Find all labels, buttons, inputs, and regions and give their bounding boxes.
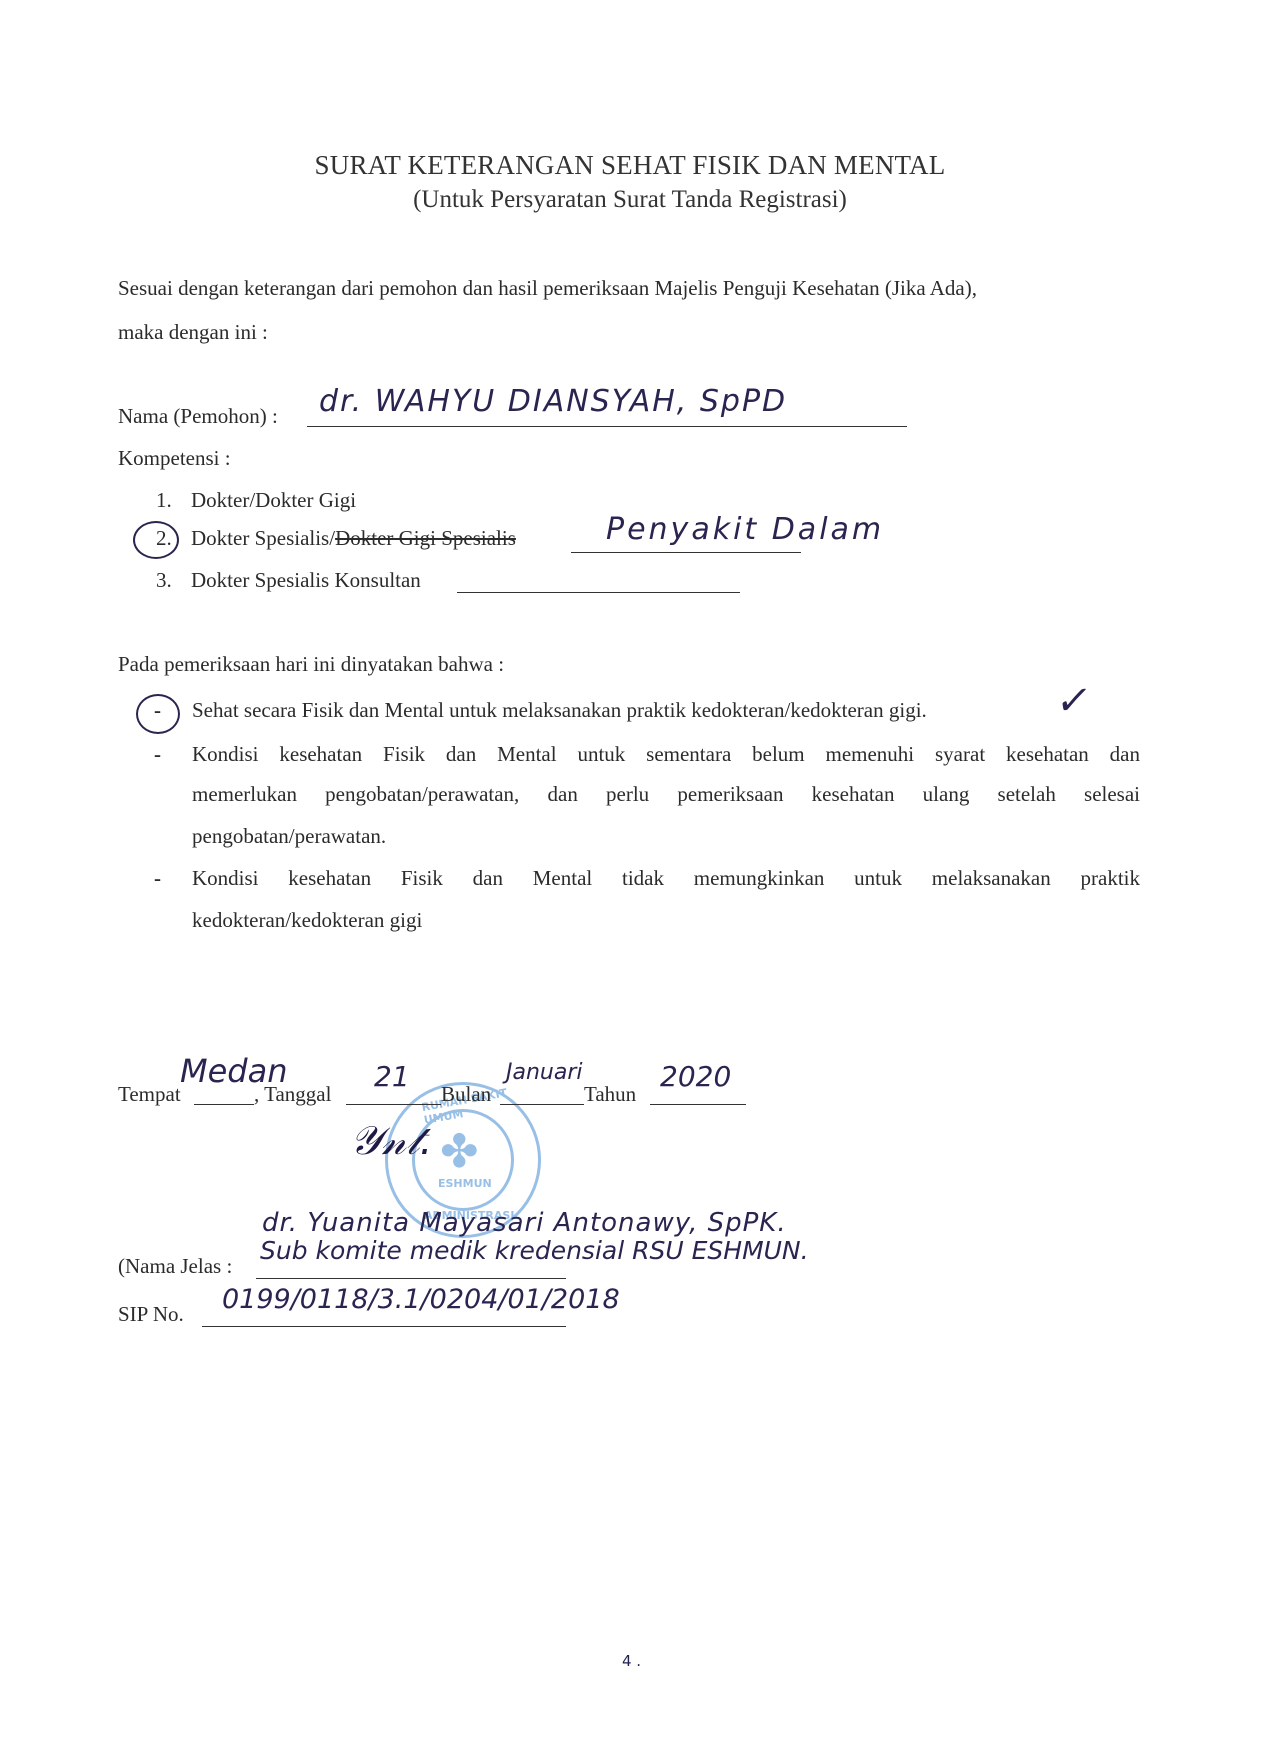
competence-item-2: 2. Dokter Spesialis/Dokter Gigi Spesiali… (156, 526, 516, 551)
competence-item-number: 1. (156, 488, 172, 512)
finding-option-2-line-3: pengobatan/perawatan. (192, 824, 386, 849)
name-handwritten: Sub komite medik kredensial RSU ESHMUN. (260, 1236, 809, 1265)
month-handwritten: Januari (506, 1060, 583, 1085)
bullet-dash: - (154, 698, 161, 723)
signatory-name-handwritten: dr. Yuanita Mayasari Antonawy, SpPK. (262, 1208, 787, 1238)
year-label: Tahun (584, 1082, 636, 1107)
applicant-field[interactable]: dr. WAHYU DIANSYAH, SpPD (307, 384, 907, 427)
finding-option-1: Sehat secara Fisik dan Mental untuk mela… (192, 698, 927, 723)
document-subtitle: (Untuk Persyaratan Surat Tanda Registras… (0, 186, 1260, 214)
sip-label: SIP No. (118, 1302, 184, 1327)
applicant-label: Nama (Pemohon) : (118, 404, 278, 429)
competence-item-text: Dokter Spesialis Konsultan (191, 568, 421, 592)
stamp-center-text: ESHMUN (438, 1177, 492, 1190)
struck-text: Dokter Gigi Spesialis (335, 526, 516, 550)
date-handwritten: 21 (374, 1060, 410, 1093)
name-label: (Nama Jelas : (118, 1254, 232, 1279)
signature-scribble: 𝒴𝓃𝓉. (350, 1118, 432, 1164)
findings-label: Pada pemeriksaan hari ini dinyatakan bah… (118, 652, 504, 677)
competence-item-1: 1. Dokter/Dokter Gigi (156, 488, 356, 513)
competence-item-number: 3. (156, 568, 172, 592)
competence-item-3: 3. Dokter Spesialis Konsultan (156, 568, 421, 593)
intro-line-2: maka dengan ini : (118, 320, 268, 345)
finding-option-2-line-2: memerlukan pengobatan/perawatan, dan per… (192, 782, 1140, 807)
date-label: , Tanggal (254, 1082, 331, 1107)
month-field[interactable] (500, 1082, 584, 1105)
bullet-dash: - (154, 742, 161, 767)
intro-line-1: Sesuai dengan keterangan dari pemohon da… (118, 276, 977, 301)
finding-option-3-line-2: kedokteran/kedokteran gigi (192, 908, 422, 933)
competence-item-text: Dokter Spesialis/ (191, 526, 335, 550)
finding-option-3-line-1: Kondisi kesehatan Fisik dan Mental tidak… (192, 866, 1140, 891)
year-handwritten: 2020 (660, 1060, 731, 1093)
competence-item-text: Dokter/Dokter Gigi (191, 488, 356, 512)
checkmark-icon: ✓ (1053, 678, 1095, 724)
month-label: Bulan (441, 1082, 491, 1107)
finding-option-2-line-1: Kondisi kesehatan Fisik dan Mental untuk… (192, 742, 1140, 767)
place-label: Tempat (118, 1082, 181, 1107)
page-number: 4 . (622, 1652, 641, 1670)
consultant-field[interactable] (457, 570, 740, 593)
sip-handwritten: 0199/0118/3.1/0204/01/2018 (222, 1284, 620, 1315)
competence-item-number: 2. (156, 526, 172, 550)
specialty-handwritten: Penyakit Dalam (606, 512, 884, 547)
document-title: SURAT KETERANGAN SEHAT FISIK DAN MENTAL (0, 150, 1260, 181)
stamp-logo-icon: ✤ (440, 1129, 479, 1175)
applicant-name-handwritten: dr. WAHYU DIANSYAH, SpPD (319, 384, 787, 419)
competence-label: Kompetensi : (118, 446, 231, 471)
bullet-dash: - (154, 866, 161, 891)
